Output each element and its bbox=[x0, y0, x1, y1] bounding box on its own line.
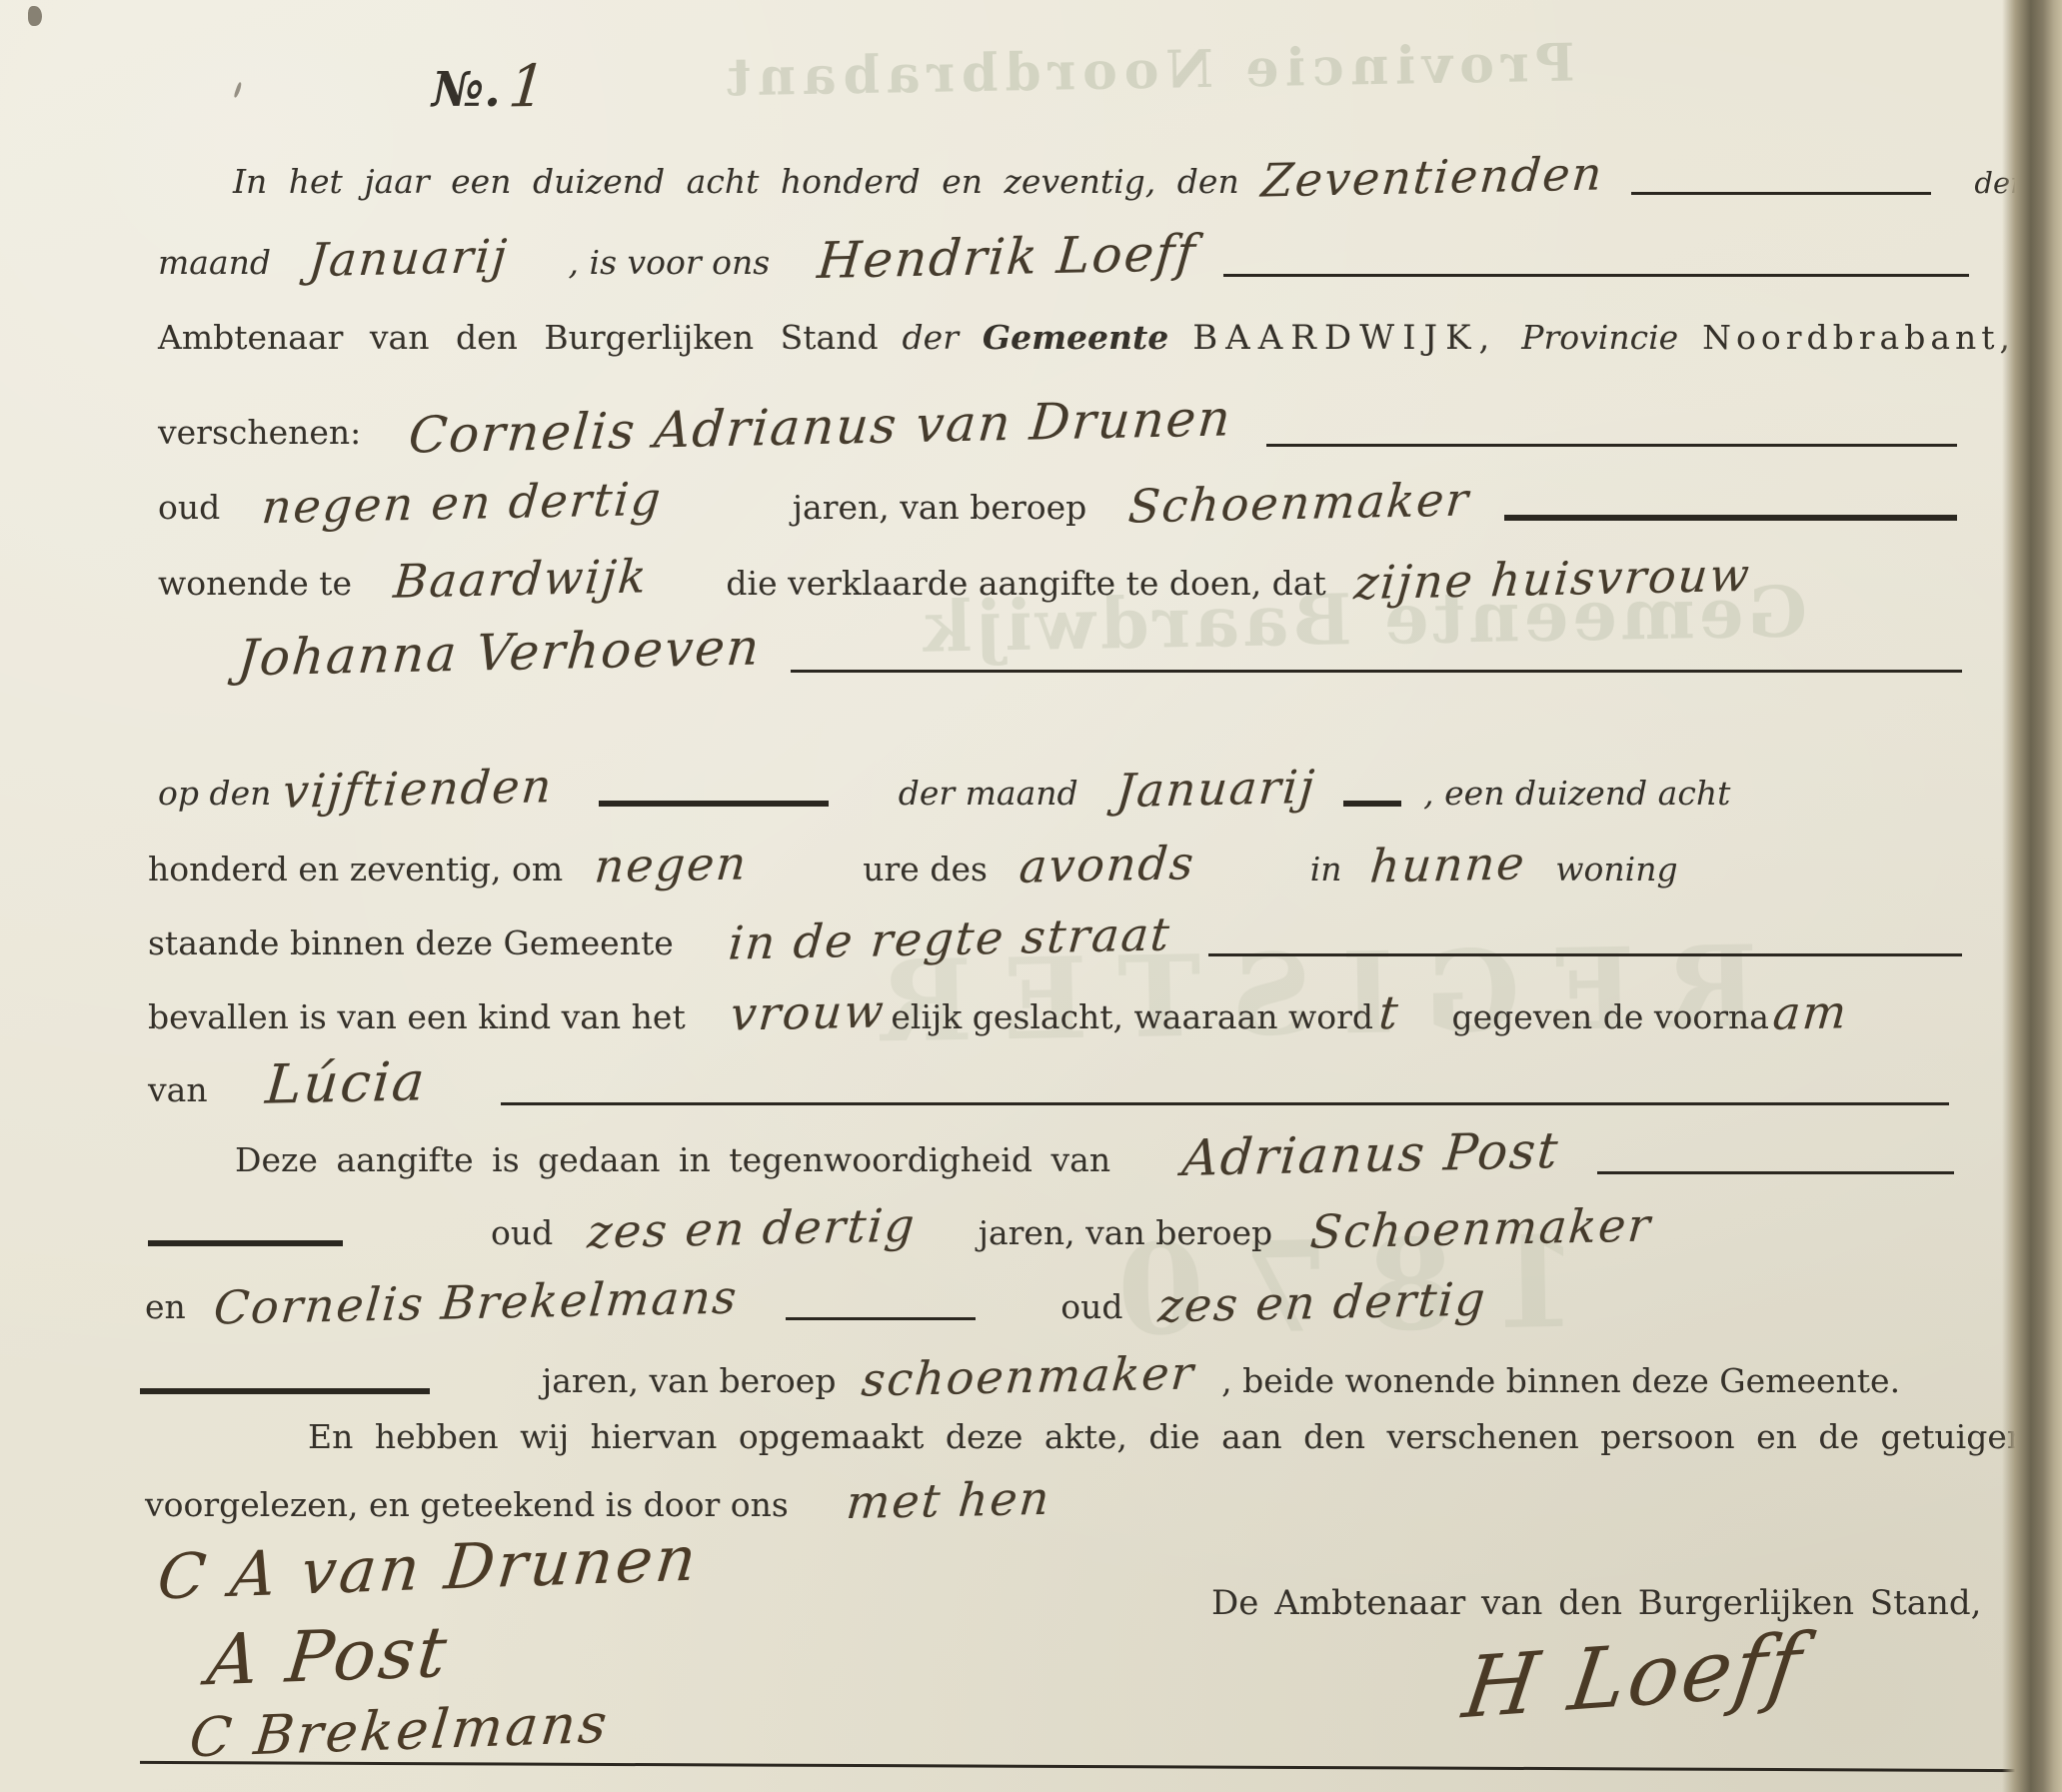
printed-text: honderd en zeventig, om bbox=[148, 850, 563, 889]
entry-registrar-name: Hendrik Loeff bbox=[816, 224, 1199, 290]
bottom-rule bbox=[140, 1761, 2019, 1772]
printed-text: In het jaar een duizend acht honderd en … bbox=[233, 162, 1239, 201]
fill-line bbox=[1343, 801, 1401, 807]
fill-line bbox=[791, 670, 1962, 673]
paper-speck bbox=[28, 6, 42, 26]
entry-word-ending-t: t bbox=[1377, 985, 1402, 1040]
printed-text: ure des bbox=[863, 850, 988, 889]
form-line-residence: wonende te Baardwijk die verklaarde aang… bbox=[158, 552, 2015, 606]
printed-text: woning bbox=[1555, 850, 1677, 889]
bleed-through-top: Provincie Noordbrabant bbox=[720, 33, 1575, 109]
printed-text: , is voor ons bbox=[569, 243, 771, 282]
printed-text: Gemeente bbox=[983, 318, 1168, 357]
form-line-witness2-occupation: jaren, van beroep schoenmaker , beide wo… bbox=[140, 1349, 2015, 1403]
form-line-witness2: en Cornelis Brekelmans oud zes en dertig bbox=[145, 1275, 2016, 1329]
printed-text: Deze aangifte is gedaan in tegenwoordigh… bbox=[235, 1140, 1110, 1179]
fill-line bbox=[1597, 1171, 1954, 1174]
fill-line bbox=[1266, 444, 1957, 447]
fill-line bbox=[140, 1388, 430, 1394]
printed-text: die verklaarde aangifte te doen, dat bbox=[726, 564, 1325, 603]
fill-line bbox=[1223, 274, 1969, 277]
form-line-birth-date: op den vijftienden der maand Januarij , … bbox=[158, 762, 2015, 816]
entry-declarant-name: Cornelis Adrianus van Drunen bbox=[407, 389, 1234, 464]
entry-birth-day: vijftienden bbox=[281, 759, 556, 819]
printed-text: , beide wonende binnen deze Gemeente. bbox=[1221, 1361, 1900, 1400]
printed-text: maand bbox=[158, 243, 271, 282]
printed-text: , een duizend acht bbox=[1423, 774, 1730, 813]
printed-text: Provincie bbox=[1521, 318, 1678, 357]
act-number: 1 bbox=[506, 52, 551, 121]
paper-speck bbox=[233, 82, 242, 98]
entry-witness2-name: Cornelis Brekelmans bbox=[212, 1269, 741, 1334]
form-line-closing-2: voorgelezen, en geteekend is door ons me… bbox=[145, 1473, 1444, 1527]
entry-witness1-name: Adrianus Post bbox=[1180, 1121, 1562, 1187]
registrar-title-line: De Ambtenaar van den Burgerlijken Stand, bbox=[1211, 1583, 1982, 1623]
form-line-witness1-age: oud zes en dertig jaren, van beroep Scho… bbox=[148, 1201, 1909, 1255]
printed-text: jaren, van beroep bbox=[793, 488, 1086, 527]
entry-mother-name: Johanna Verhoeven bbox=[236, 618, 764, 687]
page-edge bbox=[2002, 0, 2062, 1792]
form-line-closing-1: En hebben wij hiervan opgemaakt deze akt… bbox=[308, 1417, 2015, 1456]
registrar-title: De Ambtenaar van den Burgerlijken Stand, bbox=[1211, 1583, 1982, 1623]
signature-declarant: C A van Drunen bbox=[154, 1521, 702, 1613]
act-number-label: №. bbox=[432, 62, 501, 118]
form-line-declarant-age-occupation: oud negen en dertig jaren, van beroep Sc… bbox=[158, 476, 1957, 530]
printed-text: op den bbox=[158, 774, 271, 813]
printed-text: oud bbox=[158, 488, 220, 527]
form-line-birth-location: staande binnen deze Gemeente in de regte… bbox=[148, 911, 1962, 965]
province-name: Noordbrabant, bbox=[1702, 318, 2015, 357]
form-line-mother: Johanna Verhoeven bbox=[238, 624, 1962, 682]
entry-child-name: Lúcia bbox=[263, 1049, 429, 1115]
entry-birth-month: Januarij bbox=[1113, 760, 1317, 818]
entry-birth-time-of-day: avonds bbox=[1018, 836, 1197, 894]
entry-birth-street: in de regte straat bbox=[727, 906, 1173, 969]
form-line-year-day: In het jaar een duizend acht honderd en … bbox=[233, 150, 2024, 204]
birth-certificate-scan: Provincie Noordbrabant Gemeente Baardwij… bbox=[0, 0, 2062, 1792]
printed-text: gegeven de voorna bbox=[1452, 997, 1769, 1036]
fill-line bbox=[599, 801, 829, 807]
entry-witness2-age: zes en dertig bbox=[1155, 1272, 1488, 1333]
signature-witness1: A Post bbox=[204, 1611, 454, 1702]
form-line-gender: bevallen is van een kind van het vrouw e… bbox=[148, 985, 2015, 1039]
printed-text: oud bbox=[1060, 1287, 1122, 1326]
entry-word-ending-am: am bbox=[1771, 984, 1851, 1040]
printed-text: voorgelezen, en geteekend is door ons bbox=[145, 1485, 789, 1524]
printed-text: jaren, van beroep bbox=[979, 1213, 1272, 1252]
entry-month: Januarij bbox=[307, 229, 511, 287]
printed-text: elijk geslacht, waaraan word bbox=[891, 997, 1373, 1036]
entry-wife-reference: zijne huisvrouw bbox=[1352, 548, 1753, 610]
entry-signed-with-them: met hen bbox=[845, 1471, 1053, 1529]
signature-witness2: C Brekelmans bbox=[187, 1692, 613, 1770]
entry-house-reference: hunne bbox=[1367, 836, 1527, 893]
entry-residence: Baardwijk bbox=[392, 549, 651, 608]
printed-text: En hebben wij hiervan opgemaakt deze akt… bbox=[308, 1417, 2028, 1456]
printed-text: wonende te bbox=[158, 564, 352, 603]
fill-line bbox=[501, 1102, 1949, 1105]
printed-text: verschenen: bbox=[158, 413, 361, 452]
fill-line bbox=[1504, 515, 1957, 521]
municipality-name: BAARDWIJK, bbox=[1192, 318, 1497, 358]
form-line-municipality: Ambtenaar van den Burgerlijken Stand der… bbox=[158, 318, 2015, 358]
entry-declarant-occupation: Schoenmaker bbox=[1126, 472, 1472, 533]
entry-birth-hour: negen bbox=[593, 836, 751, 893]
entry-witness1-occupation: Schoenmaker bbox=[1308, 1197, 1654, 1258]
entry-witness1-age: zes en dertig bbox=[586, 1198, 919, 1259]
printed-text: jaren, van beroep bbox=[542, 1361, 836, 1400]
entry-witness2-occupation: schoenmaker bbox=[860, 1345, 1197, 1406]
entry-day: Zeventienden bbox=[1258, 146, 1605, 207]
fill-line bbox=[786, 1317, 976, 1320]
entry-declarant-age: negen en dertig bbox=[260, 472, 665, 534]
fill-line bbox=[1631, 192, 1931, 195]
form-line-declarant: verschenen: Cornelis Adrianus van Drunen bbox=[158, 398, 1957, 456]
act-number-heading: №. 1 bbox=[432, 52, 548, 120]
printed-text: bevallen is van een kind van het bbox=[148, 997, 686, 1036]
printed-text: der maand bbox=[899, 774, 1078, 813]
printed-text: staande binnen deze Gemeente bbox=[148, 923, 674, 962]
printed-text: van bbox=[148, 1070, 208, 1109]
form-line-witness1: Deze aangifte is gedaan in tegenwoordigh… bbox=[235, 1125, 1954, 1183]
signature-registrar: H Loeff bbox=[1457, 1615, 1809, 1738]
form-line-birth-time: honderd en zeventig, om negen ure des av… bbox=[148, 838, 2015, 892]
form-line-month-registrar: maand Januarij , is voor ons Hendrik Loe… bbox=[158, 228, 1969, 286]
fill-line bbox=[148, 1240, 343, 1246]
entry-gender: vrouw bbox=[728, 983, 887, 1040]
printed-text: en bbox=[145, 1287, 186, 1326]
printed-text: in bbox=[1310, 850, 1342, 889]
printed-text: Ambtenaar van den Burgerlijken Stand bbox=[158, 318, 879, 357]
fill-line bbox=[1208, 953, 1962, 956]
printed-text: der bbox=[903, 318, 959, 357]
printed-text: oud bbox=[491, 1213, 553, 1252]
form-line-child-name: van Lúcia bbox=[148, 1051, 1949, 1114]
